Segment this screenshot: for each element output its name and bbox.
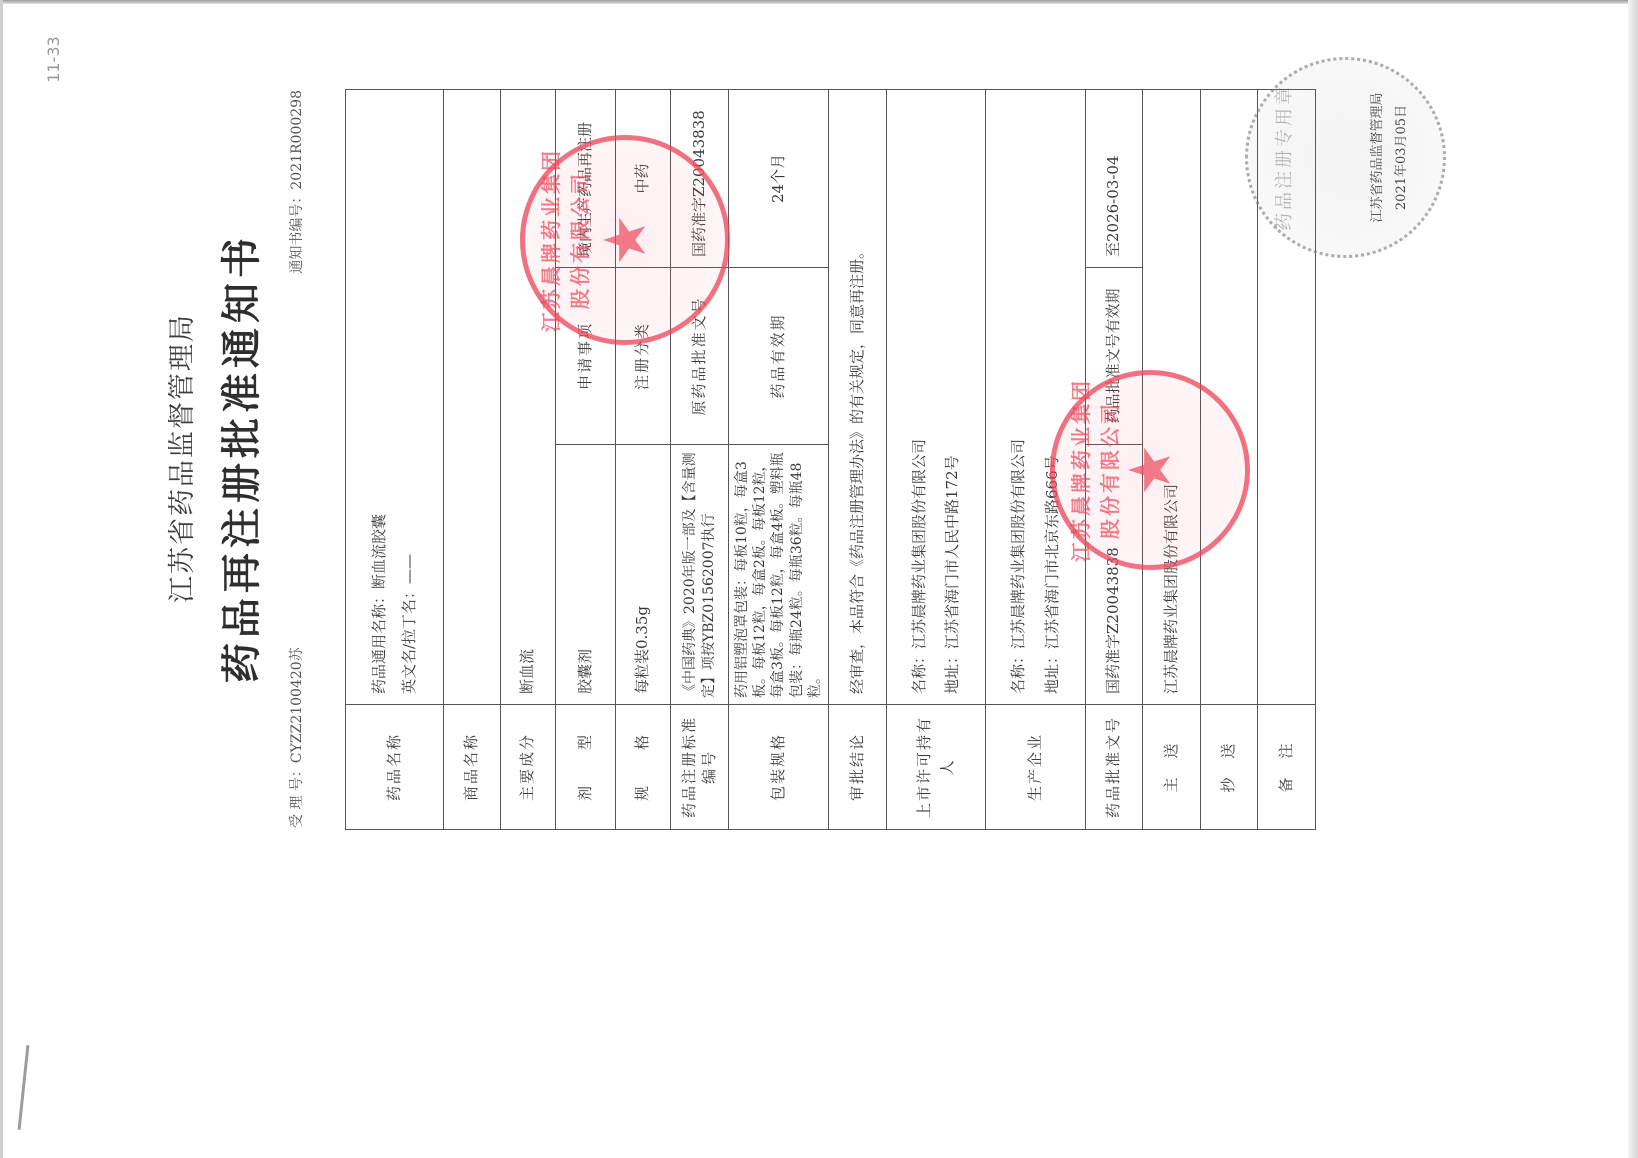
row-drug-name: 药品名称 药品通用名称：断血流胶囊 英文名/拉丁名：—— bbox=[346, 89, 444, 829]
row-mah: 上市许可持有人 名称：江苏晨牌药业集团股份有限公司 地址：江苏省海门市人民中路1… bbox=[887, 89, 986, 829]
row-dosage-form: 剂 型 胶囊剂 申请事项 境内生产药品再注册 bbox=[556, 89, 616, 829]
english-latin-name: —— bbox=[400, 554, 418, 584]
label-approval-number: 药品批准文号 bbox=[1086, 705, 1143, 830]
manufacturer-address: 江苏省海门市北京东路666号 bbox=[1043, 455, 1061, 649]
document-title: 药品再注册批准通知书 bbox=[210, 88, 267, 828]
row-manufacturer: 生产企业 名称：江苏晨牌药业集团股份有限公司 地址：江苏省海门市北京东路666号 bbox=[986, 89, 1086, 829]
label-manufacturer: 生产企业 bbox=[986, 705, 1086, 830]
value-drug-name: 药品通用名称：断血流胶囊 英文名/拉丁名：—— bbox=[346, 89, 444, 704]
value-standard: 《中国药典》2020年版一部及【含量测定】项按YBZ01562007执行 bbox=[671, 445, 729, 705]
value-approval-validity: 至2026-03-04 bbox=[1086, 89, 1143, 267]
issuing-authority: 江苏省药品监督管理局 bbox=[160, 88, 199, 828]
manufacturer-name: 江苏晨牌药业集团股份有限公司 bbox=[1009, 439, 1027, 649]
rotated-document-page: 江苏省药品监督管理局 药品再注册批准通知书 受 理 号：CYZZ2100420苏… bbox=[0, 0, 1638, 1158]
row-send-to: 主 送 江苏晨牌药业集团股份有限公司 bbox=[1143, 89, 1201, 829]
row-cc: 抄 送 bbox=[1201, 89, 1258, 829]
value-main-ingredient: 断血流 bbox=[501, 89, 556, 704]
value-cc bbox=[1201, 89, 1258, 704]
approval-table: 药品名称 药品通用名称：断血流胶囊 英文名/拉丁名：—— 商品名称 主要成分 断… bbox=[345, 89, 1316, 830]
mah-name-label: 名称： bbox=[910, 649, 928, 694]
label-remarks: 备 注 bbox=[1258, 705, 1316, 830]
english-latin-label: 英文名/拉丁名： bbox=[400, 584, 418, 694]
value-remarks bbox=[1258, 89, 1316, 704]
acceptance-number-line: 受 理 号：CYZZ2100420苏 bbox=[286, 647, 306, 828]
label-packaging: 包装规格 bbox=[729, 705, 829, 830]
value-shelf-life: 24个月 bbox=[729, 89, 829, 267]
label-standard: 药品注册标准编号 bbox=[671, 705, 729, 830]
mah-address: 江苏省海门市人民中路172号 bbox=[943, 455, 961, 649]
value-send-to: 江苏晨牌药业集团股份有限公司 bbox=[1143, 89, 1201, 704]
value-original-approval: 国药准字Z20043838 bbox=[671, 89, 729, 267]
row-packaging: 包装规格 药用铝塑泡罩包装：每板10粒，每盒3板。每板12粒，每盒2板。每板12… bbox=[729, 89, 829, 829]
notice-number-label: 通知书编号： bbox=[289, 190, 305, 274]
label-specification: 规 格 bbox=[616, 705, 671, 830]
label-send-to: 主 送 bbox=[1143, 705, 1201, 830]
notice-number: 2021R000298 bbox=[289, 90, 305, 190]
notice-number-line: 通知书编号：2021R000298 bbox=[286, 90, 306, 398]
label-original-approval: 原药品批准文号 bbox=[671, 268, 729, 445]
label-drug-name: 药品名称 bbox=[346, 705, 444, 830]
label-trade-name: 商品名称 bbox=[444, 705, 501, 830]
official-seal-issuer: 江苏省药品监督管理局 bbox=[1366, 60, 1385, 255]
row-standard: 药品注册标准编号 《中国药典》2020年版一部及【含量测定】项按YBZ01562… bbox=[671, 89, 729, 829]
generic-name-label: 药品通用名称： bbox=[370, 589, 388, 694]
label-application: 申请事项 bbox=[556, 268, 616, 445]
value-packaging: 药用铝塑泡罩包装：每板10粒，每盒3板。每板12粒，每盒2板。每板12粒，每盒3… bbox=[729, 445, 829, 705]
row-conclusion: 审批结论 经审查，本品符合《药品注册管理办法》的有关规定，同意再注册。 bbox=[829, 89, 887, 829]
row-specification: 规 格 每粒装0.35g 注册分类 中药 bbox=[616, 89, 671, 829]
value-trade-name bbox=[444, 89, 501, 704]
row-remarks: 备 注 bbox=[1258, 89, 1316, 829]
mah-name: 江苏晨牌药业集团股份有限公司 bbox=[910, 439, 928, 649]
acceptance-number: CYZZ2100420苏 bbox=[289, 647, 305, 763]
acceptance-number-label: 受 理 号： bbox=[289, 763, 305, 828]
row-trade-name: 商品名称 bbox=[444, 89, 501, 829]
label-conclusion: 审批结论 bbox=[829, 705, 887, 830]
value-conclusion: 经审查，本品符合《药品注册管理办法》的有关规定，同意再注册。 bbox=[829, 89, 887, 704]
value-specification: 每粒装0.35g bbox=[616, 445, 671, 705]
value-registration-category: 中药 bbox=[616, 89, 671, 267]
label-main-ingredient: 主要成分 bbox=[501, 705, 556, 830]
value-mah: 名称：江苏晨牌药业集团股份有限公司 地址：江苏省海门市人民中路172号 bbox=[887, 89, 986, 704]
label-shelf-life: 药品有效期 bbox=[729, 268, 829, 445]
label-approval-validity: 药品批准文号有效期 bbox=[1086, 268, 1143, 445]
manufacturer-address-label: 地址： bbox=[1043, 649, 1061, 694]
label-registration-category: 注册分类 bbox=[616, 268, 671, 445]
row-approval-number: 药品批准文号 国药准字Z20043838 药品批准文号有效期 至2026-03-… bbox=[1086, 89, 1143, 829]
label-dosage-form: 剂 型 bbox=[556, 705, 616, 830]
row-main-ingredient: 主要成分 断血流 bbox=[501, 89, 556, 829]
generic-name: 断血流胶囊 bbox=[370, 514, 388, 589]
label-cc: 抄 送 bbox=[1201, 705, 1258, 830]
value-manufacturer: 名称：江苏晨牌药业集团股份有限公司 地址：江苏省海门市北京东路666号 bbox=[986, 89, 1086, 704]
mah-address-label: 地址： bbox=[943, 649, 961, 694]
value-application: 境内生产药品再注册 bbox=[556, 89, 616, 267]
value-dosage-form: 胶囊剂 bbox=[556, 445, 616, 705]
label-mah: 上市许可持有人 bbox=[887, 705, 986, 830]
official-seal-date: 2021年03月05日 bbox=[1390, 60, 1409, 255]
value-approval-number: 国药准字Z20043838 bbox=[1086, 445, 1143, 705]
manufacturer-name-label: 名称： bbox=[1009, 649, 1027, 694]
